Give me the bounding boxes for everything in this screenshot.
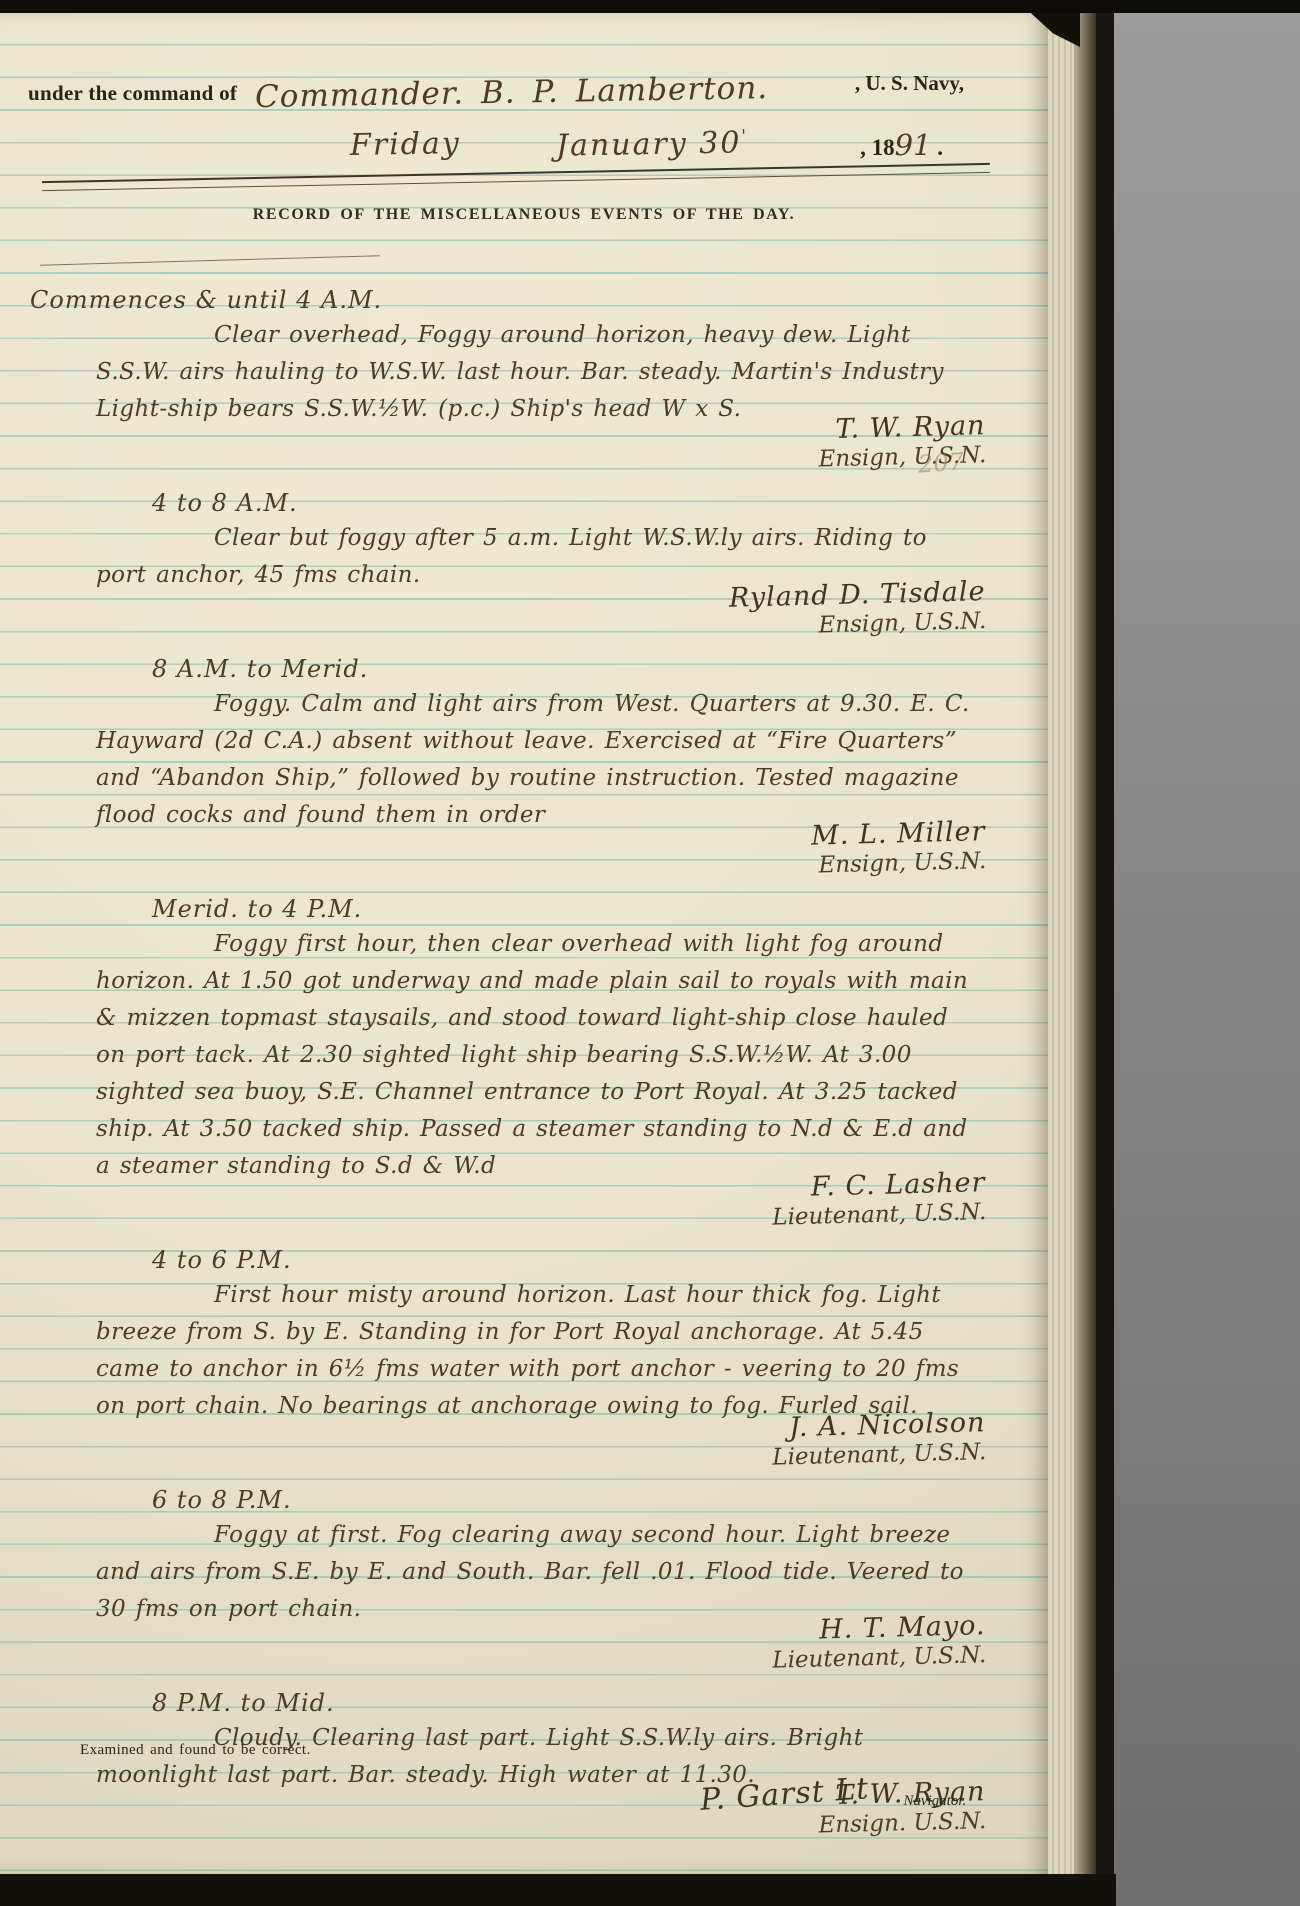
- watch-entry-6-to-8pm: 6 to 8 P.M. Foggy at first. Fog clearing…: [0, 1483, 1048, 1682]
- watch-entry-8am-to-merid: 8 A.M. to Merid. Foggy. Calm and light a…: [0, 652, 1048, 888]
- handwritten-date: January 30': [556, 125, 749, 163]
- handwritten-weekday: Friday: [350, 126, 461, 163]
- watch-entry-commences: Commences & until 4 A.M. Clear overhead,…: [0, 283, 1048, 482]
- watch-body: Foggy at first. Fog clearing away second…: [96, 1517, 976, 1628]
- page-edge-stack: [1048, 13, 1074, 1874]
- navigator-label: Navigator.: [903, 1793, 966, 1812]
- watch-entry-4-to-6pm: 4 to 6 P.M. First hour misty around hori…: [0, 1243, 1048, 1479]
- photo-bottom-band: [0, 1874, 1116, 1906]
- watch-heading: 4 to 8 A.M.: [152, 486, 1048, 520]
- watch-entry-merid-to-4pm: Merid. to 4 P.M. Foggy first hour, then …: [0, 892, 1048, 1239]
- left-margin-rule: [40, 255, 380, 265]
- navigator-row: P. Garst Lt Navigator.: [700, 1777, 1048, 1812]
- watch-heading: 8 A.M. to Merid.: [152, 652, 1048, 686]
- watch-heading: 4 to 6 P.M.: [152, 1243, 1048, 1277]
- page-edge-shadow: [1074, 13, 1096, 1874]
- handwritten-date-superscript: ': [741, 126, 748, 146]
- photo-top-band: [0, 0, 1300, 13]
- watch-entry-4-to-8am: 4 to 8 A.M. Clear but foggy after 5 a.m.…: [0, 486, 1048, 648]
- handwritten-commander-name: Commander. B. P. Lamberton.: [237, 69, 855, 116]
- watch-body: Foggy. Calm and light airs from West. Qu…: [96, 686, 976, 834]
- header-double-rule: [42, 163, 990, 191]
- examined-correct-text: Examined and found to be correct.: [80, 1742, 1048, 1759]
- watch-body: First hour misty around horizon. Last ho…: [96, 1277, 976, 1425]
- printed-us-navy: , U. S. Navy,: [855, 71, 964, 110]
- handwritten-year-digits: 91: [895, 128, 932, 162]
- book-crevice: [1096, 13, 1114, 1906]
- watch-heading: Merid. to 4 P.M.: [152, 892, 1048, 926]
- watch-body: Foggy first hour, then clear overhead wi…: [96, 926, 976, 1185]
- watch-heading: Commences & until 4 A.M.: [30, 283, 1048, 317]
- pencil-page-number: 207: [917, 447, 965, 478]
- printed-year-suffix: .: [932, 135, 944, 160]
- logbook-page: under the command of Commander. B. P. La…: [0, 13, 1048, 1874]
- log-entries: Commences & until 4 A.M. Clear overhead,…: [0, 283, 1048, 1848]
- watch-body: Clear overhead, Foggy around horizon, he…: [96, 317, 976, 428]
- page-footer: Examined and found to be correct. P. Gar…: [0, 1742, 1048, 1812]
- photo-backdrop: under the command of Commander. B. P. La…: [0, 0, 1300, 1906]
- header-date-line: Friday January 30' , 1891 .: [0, 112, 1048, 162]
- printed-under-command: under the command of: [28, 81, 237, 110]
- watch-heading: 8 P.M. to Mid.: [152, 1686, 1048, 1720]
- printed-year-prefix: , 18: [860, 135, 895, 160]
- navigator-signature: P. Garst Lt: [699, 1771, 870, 1818]
- watch-heading: 6 to 8 P.M.: [152, 1483, 1048, 1517]
- header-command-line: under the command of Commander. B. P. La…: [0, 13, 1048, 110]
- year-group: , 1891 .: [860, 128, 943, 162]
- section-title: RECORD OF THE MISCELLANEOUS EVENTS OF TH…: [0, 206, 1048, 224]
- handwritten-date-text: January 30: [556, 125, 742, 163]
